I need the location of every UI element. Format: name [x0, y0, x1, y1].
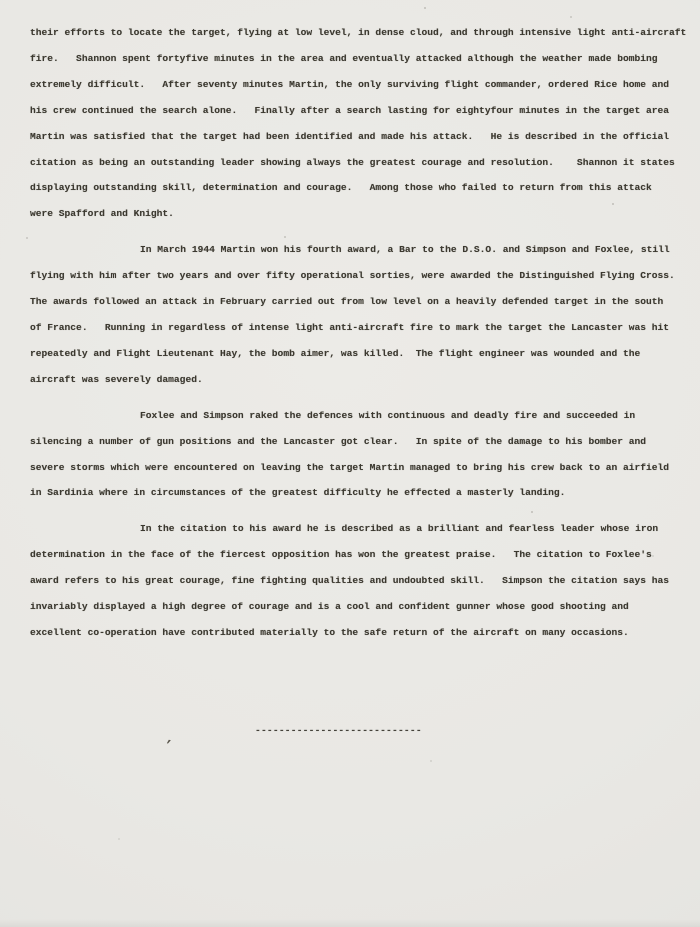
text-line: his crew continued the search alone. Fin… — [30, 98, 670, 124]
text-line: determination in the face of the fierces… — [30, 542, 670, 568]
text-line: of France. Running in regardless of inte… — [30, 315, 670, 341]
text-line: In the citation to his award he is descr… — [30, 516, 670, 542]
paragraph: In the citation to his award he is descr… — [30, 516, 670, 646]
paragraphs-container: their efforts to locate the target, flyi… — [30, 20, 670, 646]
text-line: excellent co-operation have contributed … — [30, 620, 670, 646]
paragraph: their efforts to locate the target, flyi… — [30, 20, 670, 227]
paragraph: In March 1944 Martin won his fourth awar… — [30, 237, 670, 392]
text-line: extremely difficult. After seventy minut… — [30, 72, 670, 98]
text-line: severe storms which were encountered on … — [30, 455, 670, 481]
text-line: their efforts to locate the target, flyi… — [30, 20, 670, 46]
typed-separator-line: ---------------------------- — [30, 718, 670, 744]
text-line: Foxlee and Simpson raked the defences wi… — [30, 403, 670, 429]
document-body: their efforts to locate the target, flyi… — [0, 0, 700, 744]
text-line: aircraft was severely damaged. — [30, 367, 670, 393]
text-line: displaying outstanding skill, determinat… — [30, 175, 670, 201]
scanned-typewritten-page: their efforts to locate the target, flyi… — [0, 0, 700, 927]
text-line: The awards followed an attack in Februar… — [30, 289, 670, 315]
text-line: In March 1944 Martin won his fourth awar… — [30, 237, 670, 263]
text-line: flying with him after two years and over… — [30, 263, 670, 289]
paragraph: Foxlee and Simpson raked the defences wi… — [30, 403, 670, 507]
text-line: silencing a number of gun positions and … — [30, 429, 670, 455]
text-line: in Sardinia where in circumstances of th… — [30, 480, 670, 506]
text-line: were Spafford and Knight. — [30, 201, 670, 227]
text-line: repeatedly and Flight Lieutenant Hay, th… — [30, 341, 670, 367]
text-line: citation as being an outstanding leader … — [30, 150, 670, 176]
text-line: fire. Shannon spent fortyfive minutes in… — [30, 46, 670, 72]
text-line: Martin was satisfied that the target had… — [30, 124, 670, 150]
text-line: invariably displayed a high degree of co… — [30, 594, 670, 620]
text-line: award refers to his great courage, fine … — [30, 568, 670, 594]
